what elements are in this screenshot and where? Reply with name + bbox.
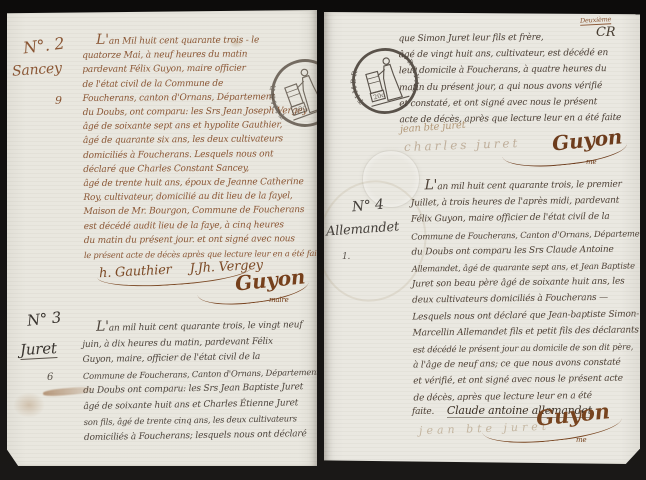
margin-page-number: 6	[47, 372, 53, 383]
scanned-register-spread: N°. 2 Sancey 9 L'an Mil huit cent quaran…	[0, 0, 646, 480]
act-line: leur domicile à Foucherans, à quatre heu…	[399, 61, 633, 80]
death-act-2-continuation-text: que Simon Juret leur fils et frère, âgé …	[398, 29, 633, 129]
left-page: N°. 2 Sancey 9 L'an Mil huit cent quaran…	[7, 10, 317, 466]
ink-stain	[13, 392, 45, 418]
act-line: et vérifié, et ont signé avec nous le pr…	[413, 371, 637, 390]
death-act-3-text: L'an mil huit cent quarante trois, le pr…	[410, 174, 637, 406]
margin-act-number: N° 3	[26, 308, 62, 329]
right-page: Deuxième CR que Simon Juret leur fils et…	[324, 12, 640, 464]
mayor-title: maire	[269, 296, 289, 304]
signature-flourish	[501, 128, 629, 172]
act-line: matin du présent jour, a qui nous avons …	[399, 77, 633, 96]
margin-page-number: 9	[55, 94, 62, 107]
margin-act-name: Juret	[20, 339, 58, 360]
act-line: Maison de Mr. Bourgon, Commune de Fouche…	[84, 203, 316, 219]
death-act-2-text: L'an mil huit cent quarante trois, le vi…	[82, 316, 316, 446]
act-line: domiciliés à Foucherans; lesquels nous o…	[84, 426, 316, 446]
act-line: âgé de quarante six ans, les deux cultiv…	[83, 132, 315, 148]
margin-act-number: N°. 2	[22, 34, 65, 58]
act-line: L'an Mil huit cent quarante trois - le	[82, 31, 314, 49]
stamp-value: 20c	[373, 92, 386, 102]
margin-act-name: Sancey	[12, 60, 63, 79]
margin-page-number: 1.	[342, 252, 350, 262]
paper-spot	[229, 38, 243, 48]
mayor-title: me	[586, 158, 596, 166]
mayor-title: me	[576, 436, 586, 444]
closing-word-text: faite.	[412, 407, 434, 417]
stamp-value: 20c	[293, 103, 307, 115]
margin-act-number: N° 4	[351, 197, 384, 216]
